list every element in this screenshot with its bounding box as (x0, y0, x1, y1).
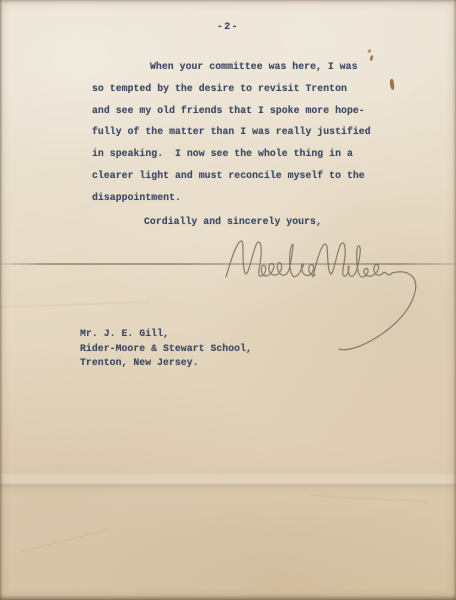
recipient-line: Mr. J. E. Gill, (80, 327, 252, 342)
signature-stroke-woodrow (226, 241, 315, 277)
recipient-address: Mr. J. E. Gill, Rider-Moore & Stewart Sc… (80, 327, 252, 371)
closing-line: Cordially and sincerely yours, (144, 216, 322, 227)
signature-stroke-wilson (313, 243, 392, 277)
recipient-line: Rider-Moore & Stewart School, (80, 342, 252, 357)
body-line: and see my old friends that I spoke more… (92, 100, 371, 122)
paper-wrinkle (0, 301, 150, 307)
recipient-line: Trenton, New Jersey. (80, 356, 252, 371)
page-number: -2- (0, 21, 456, 32)
foxing-spot (367, 49, 372, 54)
body-line: disappointment. (92, 187, 371, 209)
paper-wrinkle (310, 495, 430, 502)
body-line: clearer light and must reconcile myself … (92, 165, 371, 187)
letter-photo: -2- When your committee was here, I was … (0, 0, 456, 600)
foxing-spot (389, 79, 394, 90)
body-line: in speaking. I now see the whole thing i… (92, 143, 371, 165)
paper-wrinkle (21, 529, 109, 552)
letter-body: When your committee was here, I was so t… (92, 56, 371, 209)
body-line: fully of the matter than I was really ju… (92, 121, 371, 143)
signature-flourish-tail (339, 272, 416, 350)
lower-fold-crease (0, 474, 456, 496)
body-line: When your committee was here, I was (92, 56, 371, 78)
body-line: so tempted by the desire to revisit Tren… (92, 78, 371, 100)
